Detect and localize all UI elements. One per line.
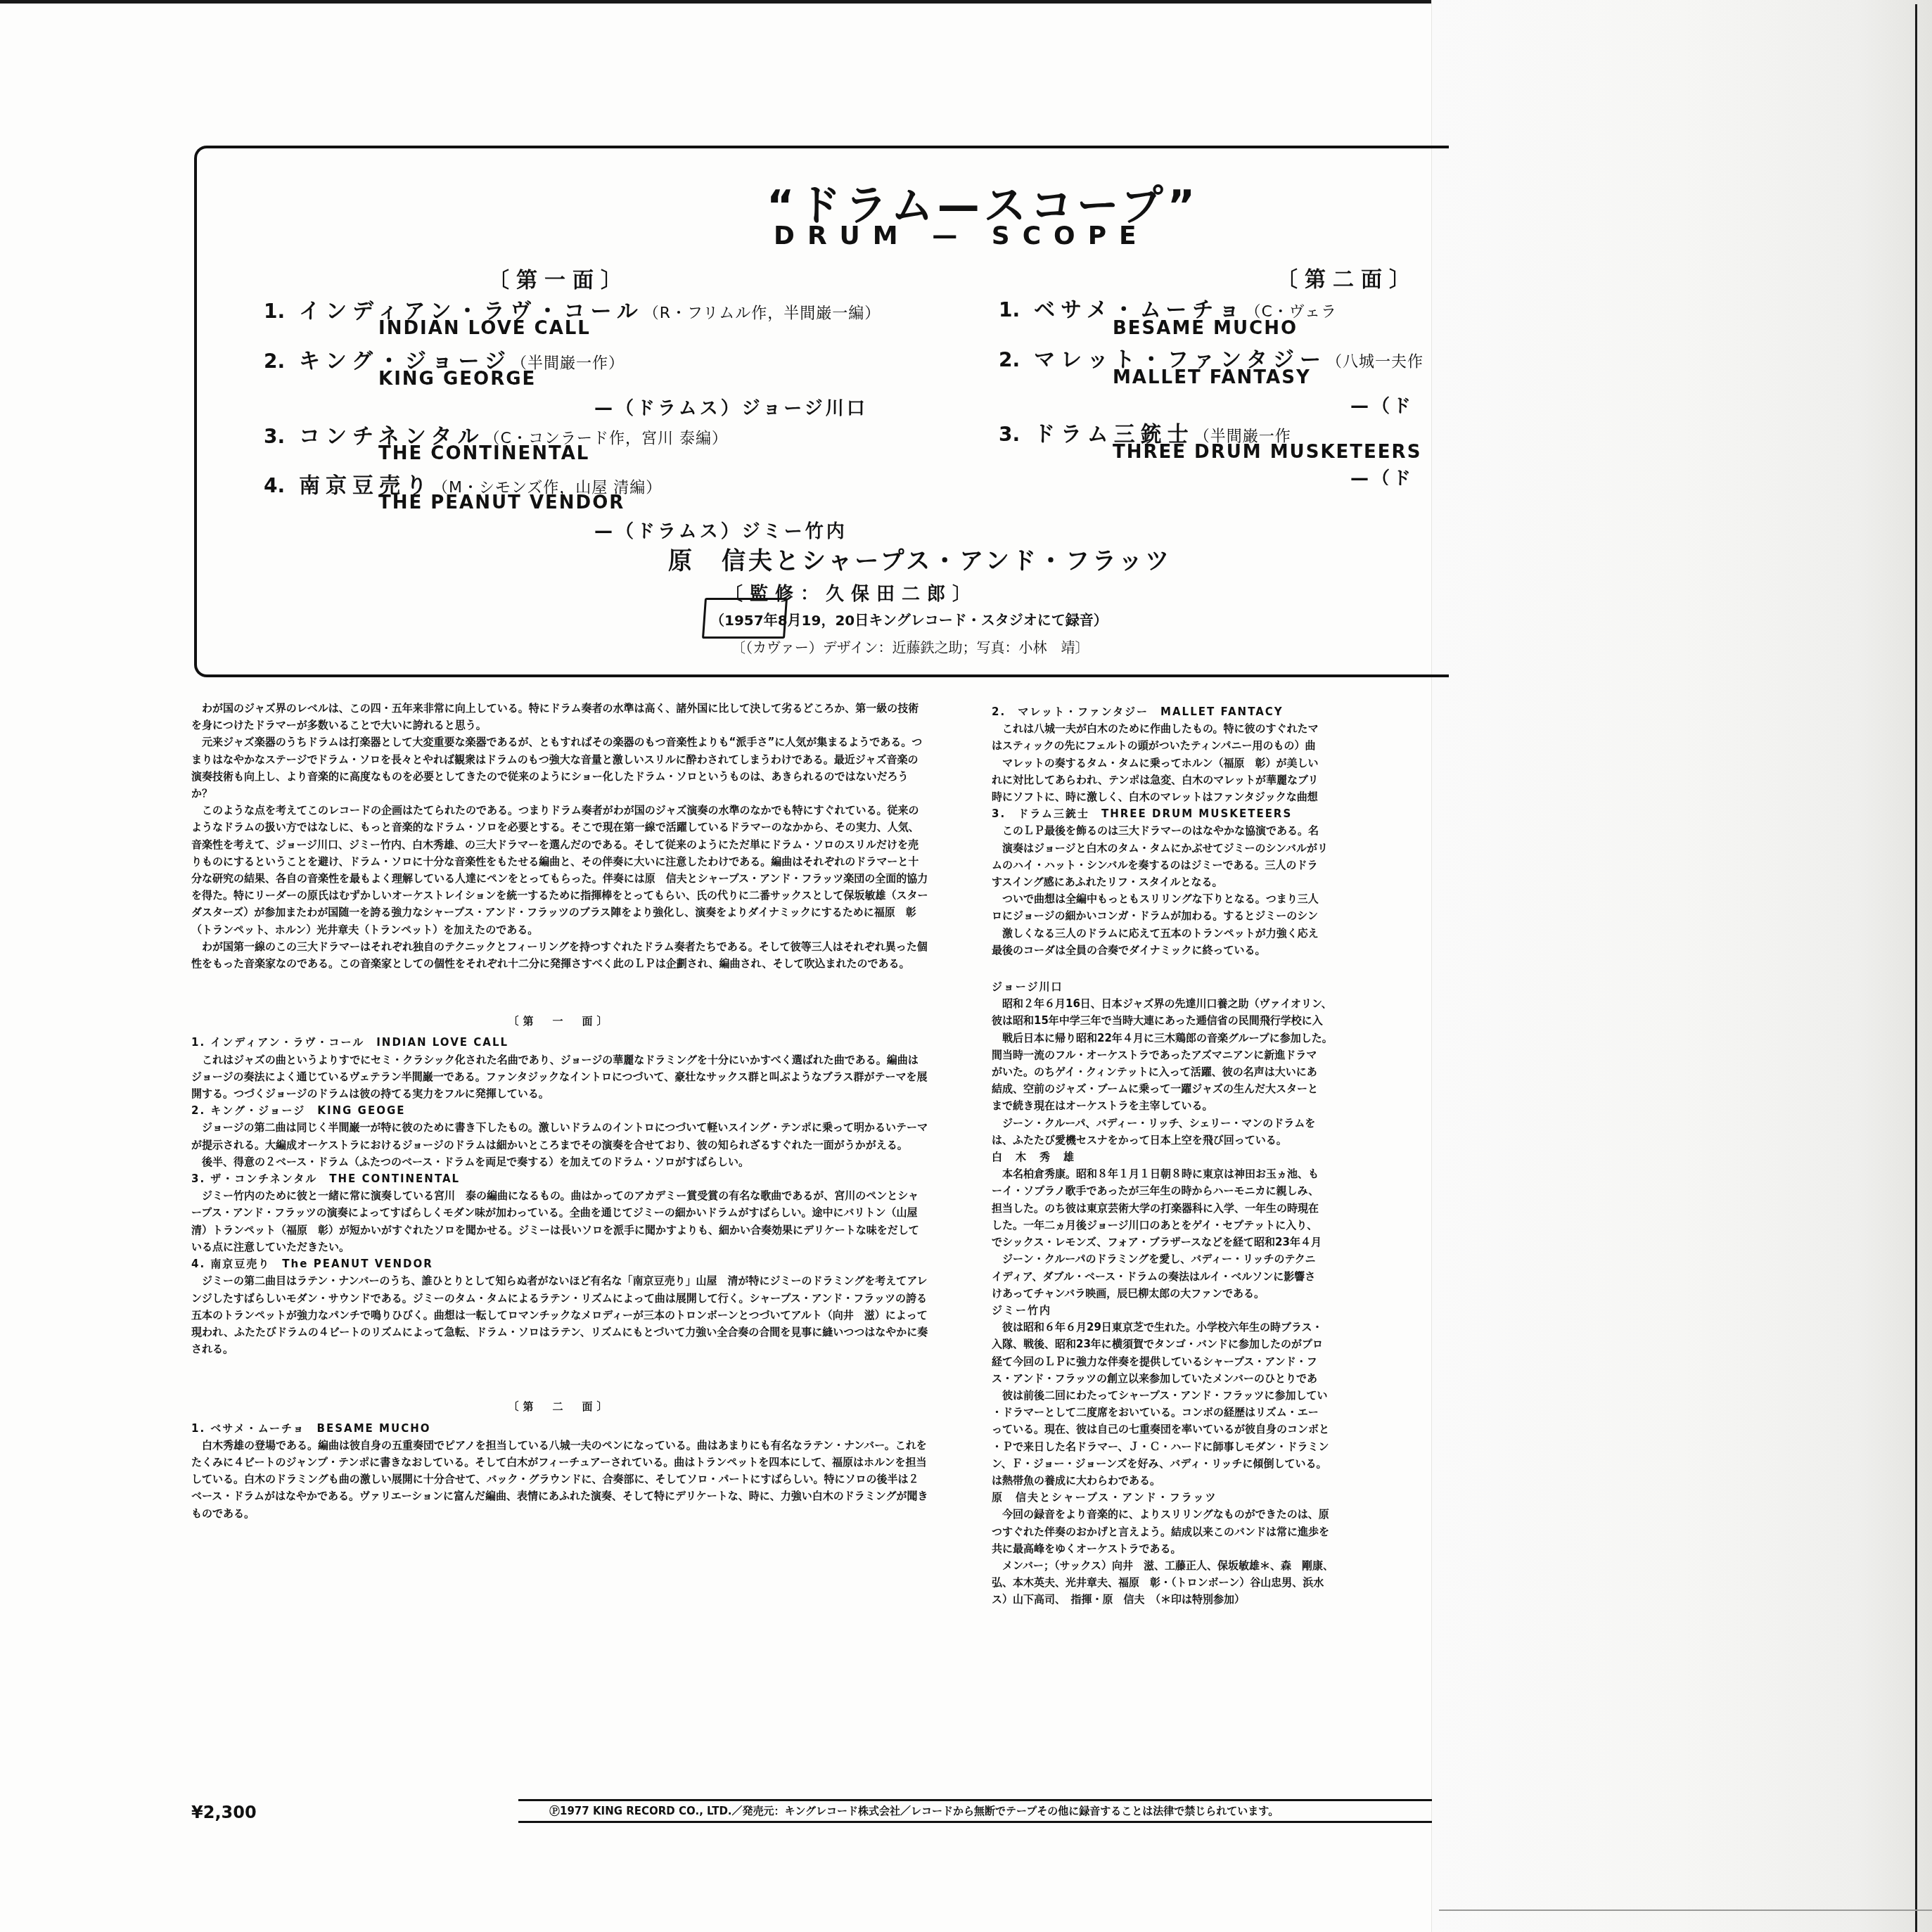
intro-paragraph: このような点を考えてこのレコードの企画はたてられたのである。つまりドラム奏者がわ… xyxy=(191,802,928,938)
bio-line: ジーン・クルーパのドラミングを愛し、バディー・リッチのテクニ xyxy=(992,1250,1428,1267)
bio-line: まで続き現在はオーケストラを主宰している。 xyxy=(992,1097,1428,1114)
note-line: このＬＰ最後を飾るのは三大ドラマーのはなやかな協演である。名 xyxy=(992,822,1428,839)
bio-line: イディア、ダブル・ベース・ドラムの奏法はルイ・ベルソンに影響さ xyxy=(992,1268,1428,1285)
song-note-body: ジョージの第二曲は同じく半間巌一が特に彼のために書き下したもの。激しいドラムのイ… xyxy=(191,1119,928,1153)
note-line: すスイング感にあふれたリフ・スタイルとなる。 xyxy=(992,874,1428,890)
bio-line: 彼は前後二回にわたってシャープス・アンド・フラッツに参加してい xyxy=(992,1387,1428,1404)
side-a-notes-heading: 〔第 一 面〕 xyxy=(191,1013,928,1030)
track-number: 2. xyxy=(264,350,299,373)
liner-notes-left: わが国のジャズ界のレベルは、この四・五年来非常に向上している。特にドラム奏者の水… xyxy=(191,700,928,1522)
overlapping-paper-sheet xyxy=(1431,0,1932,1932)
note-line: はスティックの先にフェルトの頭がついたティンパニー用のもの）曲 xyxy=(992,737,1428,754)
bio-line: ーイ・ソプラノ歌手であったが三年生の時からハーモニカに親しみ、 xyxy=(992,1182,1428,1199)
copyright-notice: Ⓟ1977 KING RECORD CO., LTD.／発売元：キングレコード株… xyxy=(518,1799,1432,1823)
note-line: 時にソフトに、時に激しく、白木のマレットはファンタジックな曲想 xyxy=(992,788,1428,805)
bio-line: ン、Ｆ・ジョー・ジョーンズを好み、バディ・リッチに傾倒している。 xyxy=(992,1455,1428,1472)
song-note-heading: 4. 南京豆売り The PEANUT VENDOR xyxy=(191,1255,928,1272)
note-line: れに対比してあらわれ、テンポは急変、白木のマレットが華麗なブリ xyxy=(992,772,1428,788)
bio-line: 共に最高峰をゆくオーケストラである。 xyxy=(992,1540,1428,1557)
bio-line: 本名柏倉秀康。昭和８年１月１日朝８時に東京は神田お玉ヵ池、も xyxy=(992,1165,1428,1182)
recording-date: （1957年8月19，20日キングレコード・スタジオにて録音） xyxy=(710,609,1108,629)
note-line: マレットの奏するタム・タムに乗ってホルン（福原 彰）が美しい xyxy=(992,755,1428,772)
side-b-track-1-en: BESAME MUCHO xyxy=(1113,318,1298,339)
song-note-body: ジミーの第二曲目はラテン・ナンバーのうち、誰ひとりとして知らぬ者がないほど有名な… xyxy=(191,1272,928,1357)
price-label: ¥2,300 xyxy=(191,1803,257,1822)
side-a-track-3-en: THE CONTINENTAL xyxy=(378,443,589,464)
bio-line: 間当時一流のフル・オーケストラであったアズマニアンに新進ドラマ xyxy=(992,1047,1428,1063)
bio-line: は、ふたたび愛機セスナをかって日本上空を飛び回っている。 xyxy=(992,1132,1428,1149)
song-note-heading: 1. ベサメ・ムーチョ BESAME MUCHO xyxy=(191,1420,928,1437)
bio-line: した。一年二ヵ月後ジョージ川口のあとをゲイ・セプテットに入り、 xyxy=(992,1217,1428,1234)
bio-heading-jimmy: ジミー竹内 xyxy=(992,1302,1428,1319)
bio-line: メンバー；（サックス）向井 滋、工藤正人、保坂敏雄＊、森 剛康、 xyxy=(992,1557,1428,1574)
sheet-bottom-line xyxy=(1439,1909,1932,1911)
note-line: 演奏はジョージと白木のタム・タムにかぶせてジミーのシンバルがリ xyxy=(992,840,1428,857)
side-a-drummer-jimmy: —（ドラムス）ジミー竹内 xyxy=(594,517,847,543)
track-number: 4. xyxy=(264,474,299,497)
bio-line: ス）山下高司、 指揮・原 信夫 （＊印は特別参加） xyxy=(992,1591,1428,1608)
note-line: ついで曲想は全編中もっともスリリングな下りとなる。つまり三人 xyxy=(992,890,1428,907)
side-b-notes-heading: 〔第 二 面〕 xyxy=(191,1398,928,1415)
side-a-track-2-en: KING GEORGE xyxy=(378,369,536,390)
side-b-track-2-en: MALLET FANTASY xyxy=(1113,367,1311,388)
bio-line: 彼は昭和６年６月29日東京芝で生れた。小学校六年生の時ブラス・ xyxy=(992,1319,1428,1336)
track-number: 3. xyxy=(264,425,299,448)
bio-line: ス・アンド・フラッツの創立以来参加していたメンバーのひとりであ xyxy=(992,1370,1428,1387)
side-b-heading: 〔第二面〕 xyxy=(1277,262,1417,293)
bio-line: っている。現在、彼は自己の七重奏団を率いているが彼自身のコンボと xyxy=(992,1421,1428,1438)
note-line: これは八城一夫が白木のために作曲したもの。特に彼のすぐれたマ xyxy=(992,720,1428,737)
side-a-heading: 〔第一面〕 xyxy=(488,262,629,293)
liner-notes-right: 2. マレット・ファンタジー MALLET FANTACY これは八城一夫が白木… xyxy=(992,703,1428,1608)
bio-heading-shiraki: 白 木 秀 雄 xyxy=(992,1149,1428,1165)
song-note-heading: 2. キング・ジョージ KING GEOGE xyxy=(191,1102,928,1119)
song-note-heading: 1. インディアン・ラヴ・コール INDIAN LOVE CALL xyxy=(191,1034,928,1051)
side-b-drummer-2: —（ド xyxy=(1350,464,1414,485)
bio-line: ジーン・クルーパ、バディー・リッチ、シェリー・マンのドラムを xyxy=(992,1115,1428,1132)
track-credit: （R・フリムル作，半間巌一編） xyxy=(644,305,881,322)
song-note-body: これはジャズの曲というよりすでにセミ・クラシック化された名曲であり、ジョージの華… xyxy=(191,1051,928,1103)
sheet-edge-line xyxy=(1915,4,1917,1932)
bio-line: 入隊、戦後、昭和23年に横須賀でタンゴ・バンドに参加したのがプロ xyxy=(992,1336,1428,1352)
bio-line: 昭和２年６月16日、日本ジャズ界の先達川口養之助（ヴァイオリン、 xyxy=(992,995,1428,1012)
note-line: ロにジョージの細かいコンガ・ドラムが加わる。するとジミーのシン xyxy=(992,907,1428,924)
design-photo-credit: 〔（カヴァー）デザイン：近藤鉄之助；写真：小林 靖〕 xyxy=(731,636,1089,657)
track-credit: （八城一夫作 xyxy=(1326,353,1424,371)
album-title-english: DRUM — SCOPE xyxy=(774,222,1149,250)
bio-line: つすぐれた伴奏のおかげと言えよう。結成以来このバンドは常に進歩を xyxy=(992,1523,1428,1540)
bio-line: 結成、空前のジャズ・ブームに乗って一躍ジャズの生んだ大スターと xyxy=(992,1080,1428,1097)
side-a-drummer-george: —（ドラムス）ジョージ川口 xyxy=(594,394,868,420)
side-a-track-1-en: INDIAN LOVE CALL xyxy=(378,318,591,339)
bio-line: 戦后日本に帰り昭和22年４月に三木鶏郎の音楽グループに参加した。 xyxy=(992,1030,1428,1047)
bio-line: 弘、本木英夫、光井章夫、福原 彰・（トロンボーン）谷山忠男、浜水 xyxy=(992,1574,1428,1591)
bio-line: 彼は昭和15年中学三年で当時大連にあった逓信省の民間飛行学校に入 xyxy=(992,1012,1428,1029)
note-line: ムのハイ・ハット・シンバルを奏するのはジミーである。三人のドラ xyxy=(992,857,1428,874)
band-name: 原 信夫とシャープス・アンド・フラッツ xyxy=(668,542,1172,576)
track-number: 1. xyxy=(264,300,299,323)
bio-line: 担当した。のち彼は東京芸術大学の打楽器科に入学、一年生の時現在 xyxy=(992,1200,1428,1217)
track-number: 1. xyxy=(999,298,1034,321)
note-line: 最後のコーダは全員の合奏でダイナミックに終っている。 xyxy=(992,942,1428,959)
song-note-body: 後半、得意の２ベース・ドラム（ふたつのベース・ドラムを両足で奏する）を加えてのド… xyxy=(191,1153,928,1170)
bio-line: は熱帯魚の養成に大わらわである。 xyxy=(992,1472,1428,1489)
track-number: 3. xyxy=(999,423,1034,446)
song-note-heading: 3. ドラム三銃士 THREE DRUM MUSKETEERS xyxy=(992,805,1428,822)
bio-line: ・ドラマーとして二度席をおいている。コンボの経歴はリズム・エー xyxy=(992,1404,1428,1421)
bio-heading-george: ジョージ川口 xyxy=(992,978,1428,995)
song-note-heading: 2. マレット・ファンタジー MALLET FANTACY xyxy=(992,703,1428,720)
bio-line: 今回の録音をより音楽的に、よりスリリングなものができたのは、原 xyxy=(992,1506,1428,1523)
side-b-track-3-en: THREE DRUM MUSKETEERS xyxy=(1113,442,1421,463)
intro-paragraph: わが国のジャズ界のレベルは、この四・五年来非常に向上している。特にドラム奏者の水… xyxy=(191,700,928,734)
bio-line: けあってチャンバラ映画，辰巳柳太郎の大ファンである。 xyxy=(992,1285,1428,1302)
intro-paragraph: わが国第一線のこの三大ドラマーはそれぞれ独自のテクニックとフィーリングを持つすぐ… xyxy=(191,938,928,972)
song-note-heading: 3. ザ・コンチネンタル THE CONTINENTAL xyxy=(191,1170,928,1187)
track-number: 2. xyxy=(999,348,1034,371)
song-note-body: 白木秀雄の登場である。編曲は彼自身の五重奏団でピアノを担当している八城一夫のペン… xyxy=(191,1437,928,1522)
side-b-tracklist: 〔第二面〕 1.ベサメ・ムーチョ（C・ヴェラ BESAME MUCHO 2.マレ… xyxy=(985,253,1431,485)
bio-line: でシックス・レモンズ、フォア・ブラザースなどを経て昭和23年４月 xyxy=(992,1234,1428,1250)
side-a-track-4-en: THE PEANUT VENDOR xyxy=(378,492,625,513)
note-line: 激しくなる三人のドラムに応えて五本のトランペットが力強く応え xyxy=(992,925,1428,942)
bio-heading-band: 原 信夫とシャープス・アンド・フラッツ xyxy=(992,1489,1428,1506)
side-b-drummer-1: —（ド xyxy=(1350,392,1414,418)
intro-paragraph: 元来ジャズ楽器のうちドラムは打楽器として大変重要な楽器であるが、ともすればその楽… xyxy=(191,734,928,802)
bio-line: ・Ｐで来日した名ドラマー、Ｊ・Ｃ・ハードに師事しモダン・ドラミン xyxy=(992,1438,1428,1455)
bio-line: 経て今回のＬＰに強力な伴奏を提供しているシャープス・アンド・フ xyxy=(992,1353,1428,1370)
bio-line: がいた。のちゲイ・クィンテットに入って活躍、彼の名声は大いにあ xyxy=(992,1063,1428,1080)
song-note-body: ジミー竹内のために彼と一緒に常に演奏している宮川 泰の編曲になるもの。曲はかって… xyxy=(191,1187,928,1255)
